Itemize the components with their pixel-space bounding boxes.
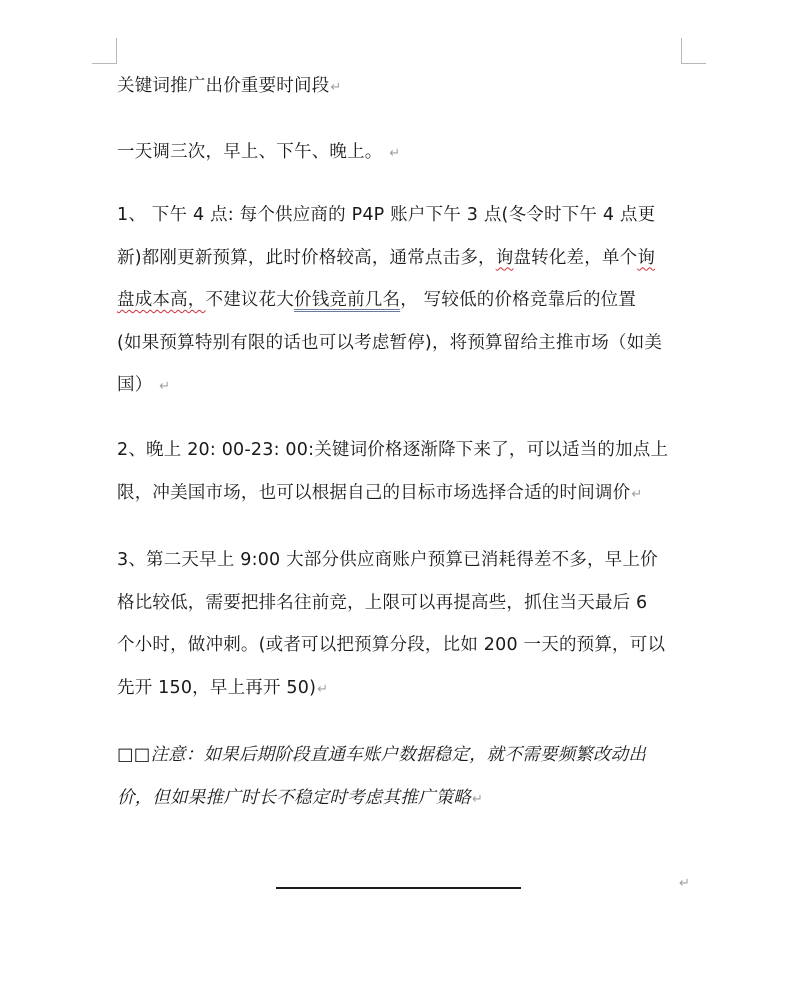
text-line: 2、晚上 20: 00-23: 00:关键词价格逐渐降下来了，可以适当的加点上 (117, 429, 687, 472)
paragraph-mark-icon: ↵ (472, 792, 483, 807)
margin-corner-top-right (681, 38, 706, 64)
note-paragraph[interactable]: □□注意：如果后期阶段直通车账户数据稳定，就不需要频繁改动出 价，但如果推广时长… (117, 734, 687, 819)
title-text: 关键词推广出价重要时间段 (117, 76, 329, 96)
intro-text: 一天调三次，早上、下午、晚上。 (117, 142, 383, 162)
text-line: □□注意：如果后期阶段直通车账户数据稳定，就不需要频繁改动出 (117, 734, 687, 777)
margin-corner-top-left (92, 38, 117, 64)
spell-error[interactable]: 盘成本高， (117, 290, 206, 310)
spell-error[interactable]: 询 (637, 248, 655, 268)
document-page[interactable]: 关键词推广出价重要时间段↵ 一天调三次，早上、下午、晚上。 ↵ 1、 下午 4 … (0, 0, 800, 983)
paragraph-mark-icon: ↵ (317, 682, 328, 697)
text-line: 个小时，做冲刺。(或者可以把预算分段，比如 200 一天的预算，可以 (117, 624, 687, 667)
list-item-2[interactable]: 2、晚上 20: 00-23: 00:关键词价格逐渐降下来了，可以适当的加点上 … (117, 429, 687, 514)
document-title[interactable]: 关键词推广出价重要时间段↵ (117, 65, 687, 108)
text-line: 新)都刚更新预算，此时价格较高，通常点击多，询盘转化差，单个询 (117, 237, 687, 280)
paragraph-mark-icon: ↵ (389, 146, 400, 161)
paragraph-mark-icon: ↵ (631, 487, 642, 502)
text-line: 3、第二天早上 9:00 大部分供应商账户预算已消耗得差不多，早上价 (117, 539, 687, 582)
paragraph-mark-icon: ↵ (330, 80, 341, 95)
text-line: 国） ↵ (117, 364, 687, 407)
paragraph-mark-icon: ↵ (159, 379, 170, 394)
text-line: 先开 150，早上再开 50)↵ (117, 667, 687, 710)
text-line: 1、 下午 4 点: 每个供应商的 P4P 账户下午 3 点(冬令时下午 4 点… (117, 194, 687, 237)
text-line: 价，但如果推广时长不稳定时考虑其推广策略↵ (117, 777, 687, 820)
list-item-3[interactable]: 3、第二天早上 9:00 大部分供应商账户预算已消耗得差不多，早上价 格比较低，… (117, 539, 687, 709)
grammar-flag[interactable]: 价钱竞前几名 (294, 290, 400, 310)
text-line: 限，冲美国市场，也可以根据自己的目标市场选择合适的时间调价↵ (117, 472, 687, 515)
list-item-1[interactable]: 1、 下午 4 点: 每个供应商的 P4P 账户下午 3 点(冬令时下午 4 点… (117, 194, 687, 407)
spell-error[interactable]: 询 (496, 248, 514, 268)
text-line: 格比较低，需要把排名往前竞，上限可以再提高些，抓住当天最后 6 (117, 582, 687, 625)
text-line: 盘成本高，不建议花大价钱竞前几名， 写较低的价格竞靠后的位置 (117, 279, 687, 322)
paragraph-mark-icon: ↵ (679, 876, 690, 891)
horizontal-rule (276, 887, 521, 889)
intro-paragraph[interactable]: 一天调三次，早上、下午、晚上。 ↵ (117, 131, 687, 174)
text-line: (如果预算特别有限的话也可以考虑暂停)，将预算留给主推市场（如美 (117, 322, 687, 365)
